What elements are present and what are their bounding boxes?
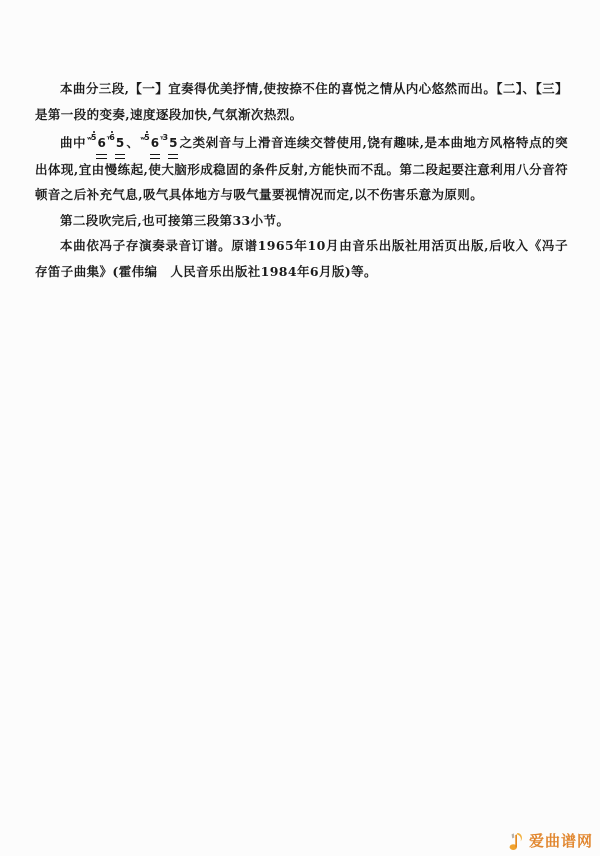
octave-dot bbox=[111, 131, 113, 133]
jianpu-notation: ʷ56ᵀ65、ʷ56ᵀ35 bbox=[86, 135, 179, 150]
watermark-text: 爱曲谱网 bbox=[529, 830, 593, 851]
technique-text-pre: 曲中 bbox=[60, 135, 86, 150]
main-note: 6 bbox=[96, 131, 106, 157]
octave-dot bbox=[146, 131, 148, 133]
paragraph-technique: 曲中ʷ56ᵀ65、ʷ56ᵀ35之类剁音与上滑音连续交替使用,饶有趣味,是本曲地方… bbox=[35, 127, 568, 208]
music-note-icon bbox=[507, 831, 526, 851]
octave-dot bbox=[93, 131, 95, 133]
watermark: 爱曲谱网 bbox=[507, 830, 593, 851]
paragraph-source-note: 本曲依冯子存演奏录音订谱。原谱1965年10月由音乐出版社用活页出版,后收入《冯… bbox=[35, 233, 568, 284]
main-note: 5 bbox=[115, 131, 125, 157]
paragraph-section-link: 第二段吹完后,也可接第三段第33小节。 bbox=[35, 208, 568, 234]
commentary-text-block: 本曲分三段,【一】宜奏得优美抒情,使按捺不住的喜悦之情从内心悠然而出。【二】、【… bbox=[35, 76, 568, 284]
document-page: 本曲分三段,【一】宜奏得优美抒情,使按捺不住的喜悦之情从内心悠然而出。【二】、【… bbox=[0, 0, 600, 856]
paragraph-structure-intro: 本曲分三段,【一】宜奏得优美抒情,使按捺不住的喜悦之情从内心悠然而出。【二】、【… bbox=[35, 76, 568, 127]
jianpu-figure: ʷ56ᵀ35 bbox=[140, 127, 178, 157]
jianpu-figure: ʷ56ᵀ65 bbox=[87, 127, 125, 157]
main-note: 5 bbox=[168, 131, 178, 157]
main-note: 6 bbox=[150, 131, 160, 157]
